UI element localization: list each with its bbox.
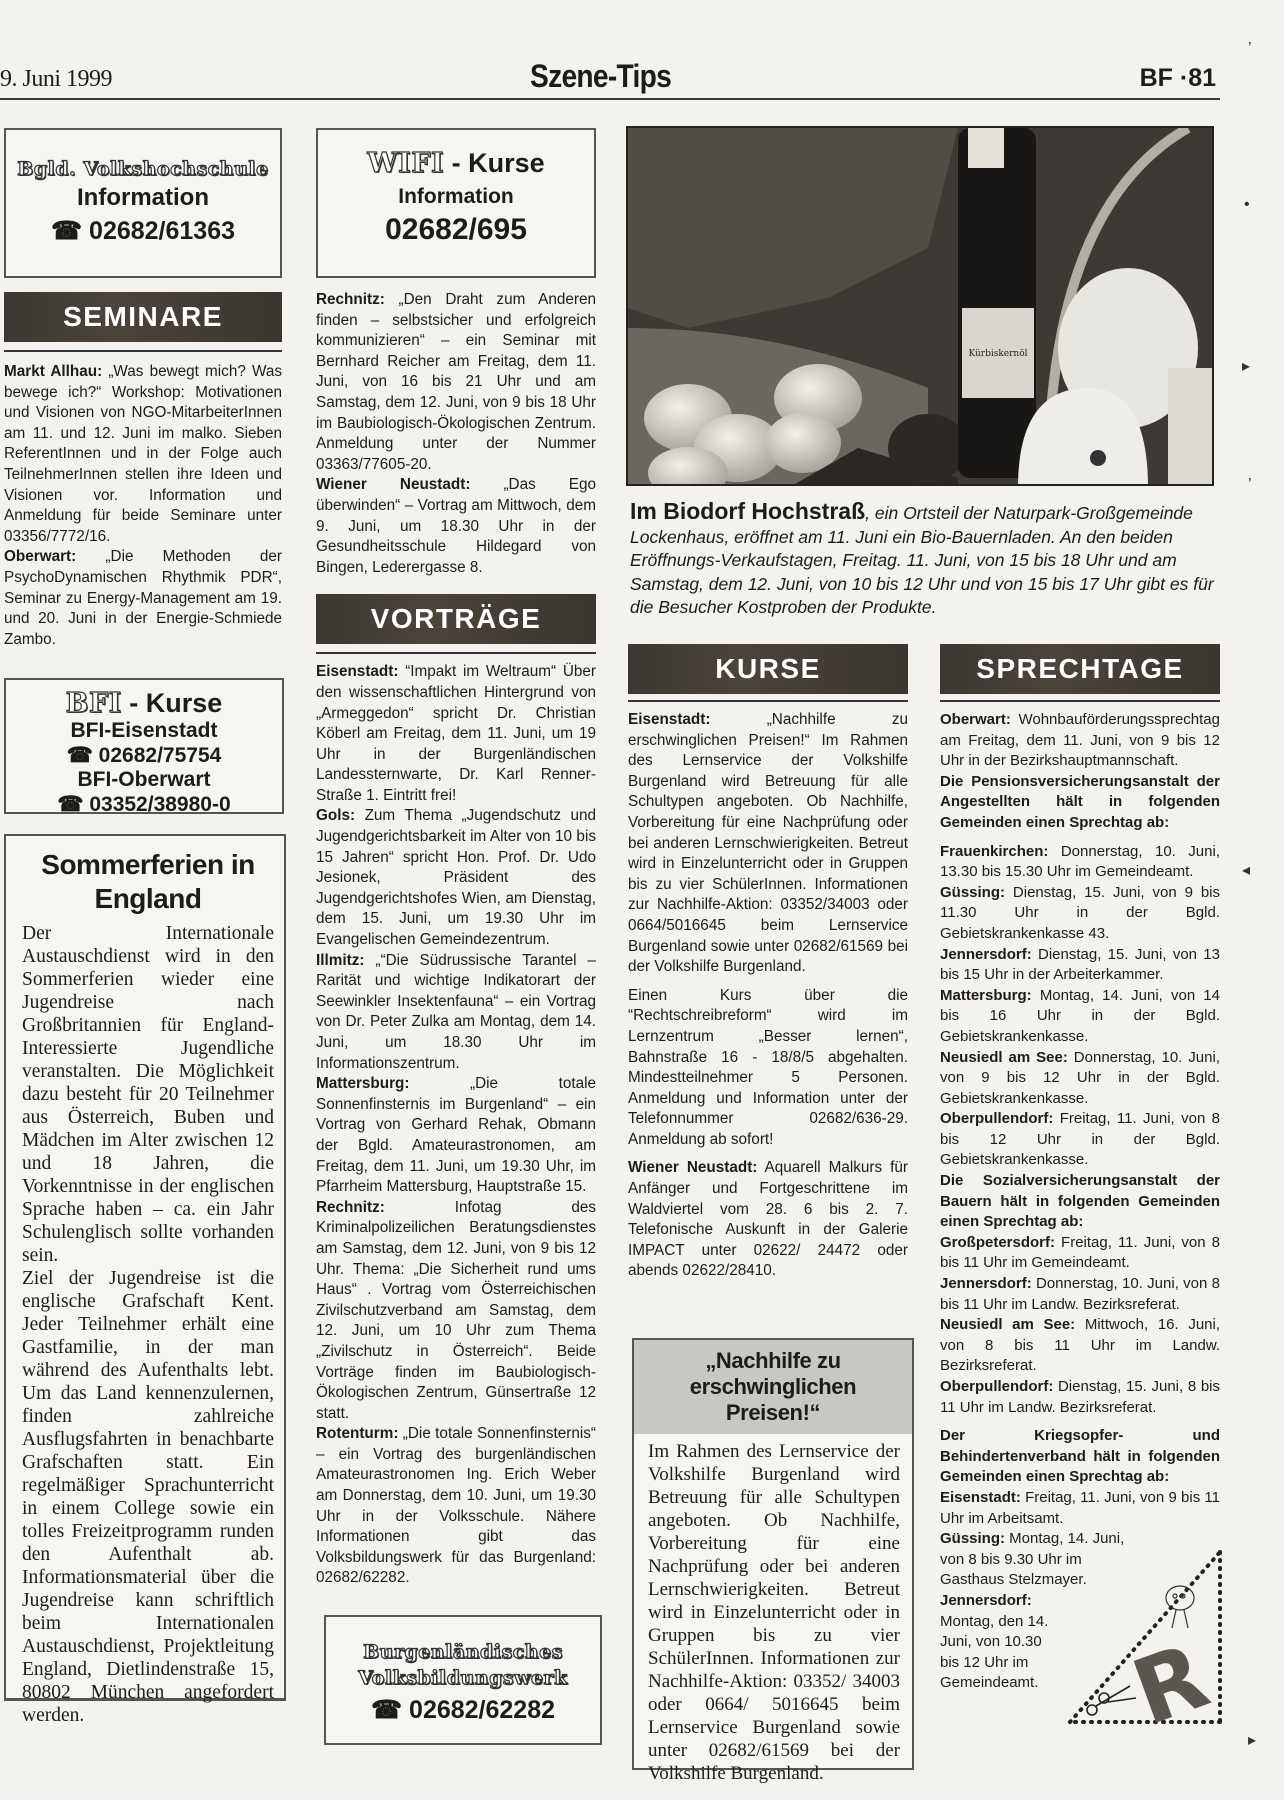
scissors-icon xyxy=(1087,1686,1136,1715)
column-3: KURSE Eisenstadt: „Nachhilfe zu erschwin… xyxy=(628,644,908,1770)
sprechtag-entry: Jennersdorf: Donnerstag, 10. Juni, von 8… xyxy=(940,1274,1220,1315)
group-lead: Der Kriegsopfer- und Behindertenverband … xyxy=(940,1426,1220,1488)
photo-caption: Im Biodorf Hochstraß, ein Ortsteil der N… xyxy=(630,500,1220,620)
vbw-line-2: Volksbildungswerk xyxy=(326,1665,600,1691)
biodorf-photo: Kürbiskernöl xyxy=(626,126,1214,486)
scan-mark: ’ xyxy=(1248,40,1252,58)
seminar-entry: Wiener Neustadt: „Das Ego überwinden“ – … xyxy=(316,475,596,578)
divider xyxy=(4,350,282,352)
england-title: Sommerferien in England xyxy=(22,848,274,916)
sprechtag-entry: Jennersdorf: Dienstag, 15. Juni, von 13 … xyxy=(940,945,1220,986)
section-title: Szene-Tips xyxy=(530,58,671,95)
group-lead: Die Sozialversicherungsanstalt der Bauer… xyxy=(940,1171,1220,1233)
scan-mark: ◂ xyxy=(1242,860,1250,880)
group-lead: Die Pensionsversicherungsanstalt der Ang… xyxy=(940,772,1220,834)
vortrag-entry: Rotenturm: „Die totale Sonnenfinsternis“… xyxy=(316,1424,596,1589)
sprechtage-list: Oberwart: Wohnbauförderungssprechtag am … xyxy=(940,710,1220,1694)
vortrag-entry: Rechnitz: Infotag des Kriminalpolizeilic… xyxy=(316,1198,596,1425)
seminar-entry: Markt Allhau: „Was bewegt mich? Was bewe… xyxy=(4,362,282,547)
scan-mark: ▸ xyxy=(1242,356,1250,376)
column-1: Bgld. Volkshochschule Information ☎ 0268… xyxy=(4,128,282,1701)
column-2: WIFI - Kurse Information 02682/695 Rechn… xyxy=(316,128,596,1745)
vortrag-entry: Illmitz: „“Die Südrussische Tarantel – R… xyxy=(316,951,596,1075)
caption-lead: Im Biodorf Hochstraß xyxy=(630,498,865,524)
england-text: Der Internationale Austauschdienst wird … xyxy=(22,922,274,1727)
mouse-cartoon-icon xyxy=(1166,1586,1194,1628)
nachhilfe-title: „Nachhilfe zu erschwinglichen Preisen!“ xyxy=(634,1340,912,1434)
svg-text:Kürbiskernöl: Kürbiskernöl xyxy=(968,349,1027,359)
sprechtag-entry: Großpetersdorf: Freitag, 11. Juni, von 8… xyxy=(940,1233,1220,1274)
sprechtag-entry: Jennersdorf: Montag, den 14. Juni, von 1… xyxy=(940,1591,1060,1694)
sprechtag-entry: Güssing: Dienstag, 15. Juni, von 9 bis 1… xyxy=(940,883,1220,945)
england-article-box: Sommerferien in England Der Internationa… xyxy=(4,834,286,1701)
sprechtag-entry: Frauenkirchen: Donnerstag, 10. Juni, 13.… xyxy=(940,842,1220,883)
svg-text:R: R xyxy=(1120,1624,1221,1728)
bfi-title: BFI - Kurse xyxy=(6,688,282,719)
vortraege-list: Eisenstadt: “Impakt im Weltraum“ Über de… xyxy=(316,662,596,1589)
seminare-list: Markt Allhau: „Was bewegt mich? Was bewe… xyxy=(4,362,282,650)
vhs-phone: ☎ 02682/61363 xyxy=(6,216,280,246)
scan-mark: ▸ xyxy=(1248,1730,1256,1750)
sprechtag-entry: Eisenstadt: Freitag, 11. Juni, von 9 bis… xyxy=(940,1488,1220,1529)
wifi-title: WIFI - Kurse xyxy=(318,148,594,179)
kurs-entry: Einen Kurs über die “Rechtschreibreform“… xyxy=(628,986,908,1151)
scan-mark: ’ xyxy=(1248,476,1252,494)
seminare-banner: SEMINARE xyxy=(4,292,282,342)
sprechtage-banner: SPRECHTAGE xyxy=(940,644,1220,694)
issue-date: 9. Juni 1999 xyxy=(0,66,112,93)
column-4: SPRECHTAGE Oberwart: Wohnbauförderungssp… xyxy=(940,644,1220,1694)
seminar-entry: Rechnitz: „Den Draht zum Anderen finden … xyxy=(316,290,596,475)
vhs-subtitle: Information xyxy=(6,184,280,212)
vortrag-entry: Gols: Zum Thema „Jugendschutz und Jugend… xyxy=(316,806,596,950)
vortraege-banner: VORTRÄGE xyxy=(316,594,596,644)
divider xyxy=(940,700,1220,702)
vortrag-entry: Mattersburg: „Die totale Sonnenfinsterni… xyxy=(316,1074,596,1198)
nachhilfe-box: „Nachhilfe zu erschwinglichen Preisen!“ … xyxy=(632,1338,914,1770)
vhs-info-box: Bgld. Volkshochschule Information ☎ 0268… xyxy=(4,128,282,278)
vbw-line-1: Burgenländisches xyxy=(326,1639,600,1665)
dotted-cut-line-icon: R xyxy=(1050,1548,1226,1728)
nachhilfe-text: Im Rahmen des Lernservice der Volkshilfe… xyxy=(634,1434,912,1785)
page-header: 9. Juni 1999 Szene-Tips BF ·81 xyxy=(0,58,1220,100)
sprechtag-entry: Oberpullendorf: Freitag, 11. Juni, von 8… xyxy=(940,1109,1220,1171)
vortrag-entry: Eisenstadt: “Impakt im Weltraum“ Über de… xyxy=(316,662,596,806)
wifi-phone: 02682/695 xyxy=(318,213,594,247)
bfi-oberwart-phone: ☎ 03352/38980-0 xyxy=(6,792,282,817)
sprechtag-entry: Oberwart: Wohnbauförderungssprechtag am … xyxy=(940,710,1220,772)
kurse-banner: KURSE xyxy=(628,644,908,694)
kurs-entry: Wiener Neustadt: Aquarell Malkurs für An… xyxy=(628,1158,908,1282)
wifi-info-box: WIFI - Kurse Information 02682/695 xyxy=(316,128,596,278)
sprechtag-entry: Neusiedl am See: Mittwoch, 16. Juni, von… xyxy=(940,1315,1220,1377)
sprechtag-entry: Oberpullendorf: Dienstag, 15. Juni, 8 bi… xyxy=(940,1377,1220,1418)
vhs-title: Bgld. Volkshochschule xyxy=(6,158,280,180)
kurs-entry: Eisenstadt: „Nachhilfe zu erschwingliche… xyxy=(628,710,908,978)
seminare-continued: Rechnitz: „Den Draht zum Anderen finden … xyxy=(316,290,596,578)
page-number: BF ·81 xyxy=(1140,64,1216,93)
scan-mark: • xyxy=(1244,196,1250,214)
vbw-phone: ☎ 02682/62282 xyxy=(326,1695,600,1725)
bfi-oberwart: BFI-Oberwart xyxy=(6,768,282,792)
bfi-eisenstadt: BFI-Eisenstadt xyxy=(6,719,282,743)
bfi-info-box: BFI - Kurse BFI-Eisenstadt ☎ 02682/75754… xyxy=(4,678,284,814)
sprechtag-entry: Neusiedl am See: Donnerstag, 10. Juni, v… xyxy=(940,1048,1220,1110)
volksbildungswerk-box: Burgenländisches Volksbildungswerk ☎ 026… xyxy=(324,1615,602,1745)
seminar-entry: Oberwart: „Die Methoden der PsychoDynami… xyxy=(4,547,282,650)
kurse-list: Eisenstadt: „Nachhilfe zu erschwingliche… xyxy=(628,710,908,1282)
produce-basket-image: Kürbiskernöl xyxy=(628,128,1214,486)
sprechtag-entry: Mattersburg: Montag, 14. Juni, von 14 bi… xyxy=(940,986,1220,1048)
coupon-corner[interactable]: R xyxy=(1050,1548,1226,1728)
wifi-subtitle: Information xyxy=(318,185,594,209)
divider xyxy=(316,652,596,654)
divider xyxy=(628,700,908,702)
bfi-eisenstadt-phone: ☎ 02682/75754 xyxy=(6,743,282,768)
